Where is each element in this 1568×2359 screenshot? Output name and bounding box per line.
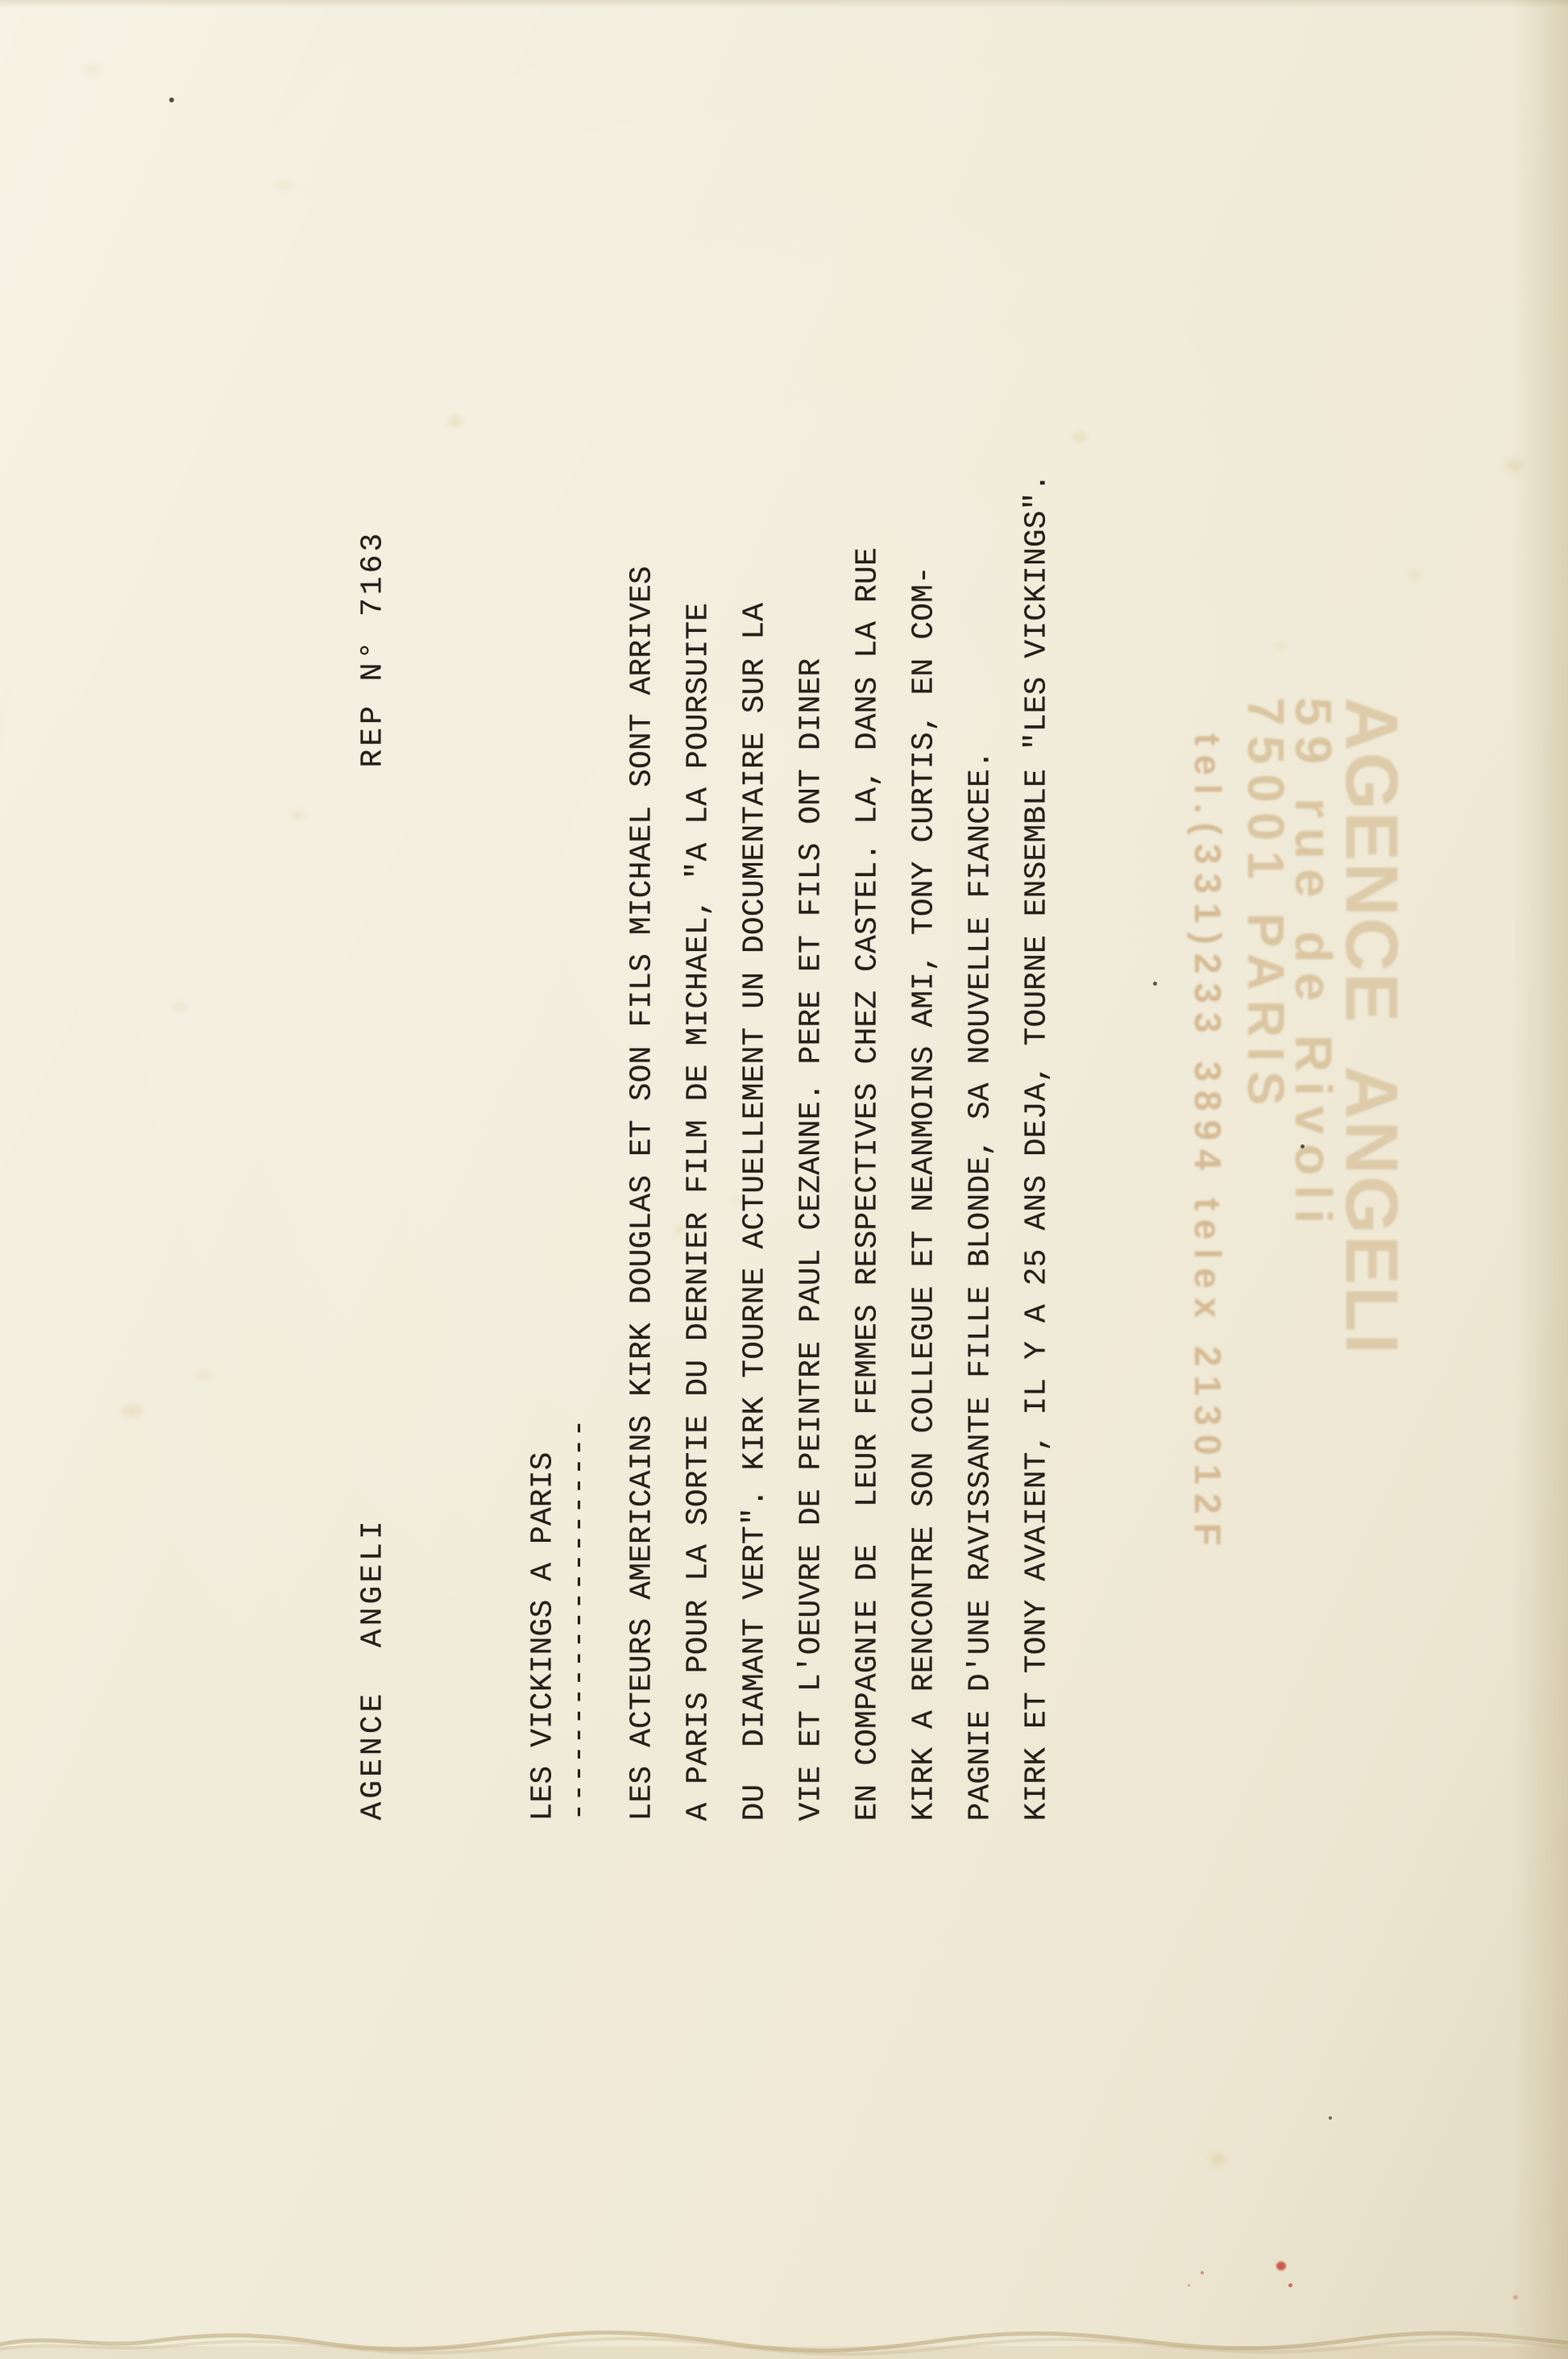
letterhead-agency: AGENCE ANGELI	[359, 1518, 389, 1820]
typed-line-3: DU DIAMANT VERT". KIRK TOURNE ACTUELLEME…	[740, 603, 771, 1821]
typed-line-4: VIE ET L'OEUVRE DE PEINTRE PAUL CEZANNE.…	[797, 658, 828, 1821]
typed-line-8: KIRK ET TONY AVAIENT, IL Y A 25 ANS DEJA…	[1023, 474, 1053, 1821]
typed-line-1: LES ACTEURS AMERICAINS KIRK DOUGLAS ET S…	[628, 566, 658, 1821]
title-underline: ---------------------	[565, 1418, 595, 1821]
typed-line-7: PAGNIE D'UNE RAVISSANTE FILLE BLONDE, SA…	[966, 750, 997, 1821]
typed-line-5: EN COMPAGNIE DE LEUR FEMMES RESPECTIVES …	[853, 547, 884, 1821]
typed-line-2: A PARIS POUR LA SORTIE DU DERNIER FILM D…	[684, 603, 715, 1821]
scanned-press-note: AGENCE ANGELI REP N° 7163 LES VICKINGS A…	[0, 0, 1568, 2359]
typed-line-6: KIRK A RENCONTRE SON COLLEGUE ET NEANMOI…	[910, 566, 940, 1821]
typewritten-text-block: AGENCE ANGELI REP N° 7163 LES VICKINGS A…	[1, 0, 1568, 2359]
reference-number: REP N° 7163	[359, 530, 389, 768]
note-title: LES VICKINGS A PARIS	[529, 1452, 559, 1821]
